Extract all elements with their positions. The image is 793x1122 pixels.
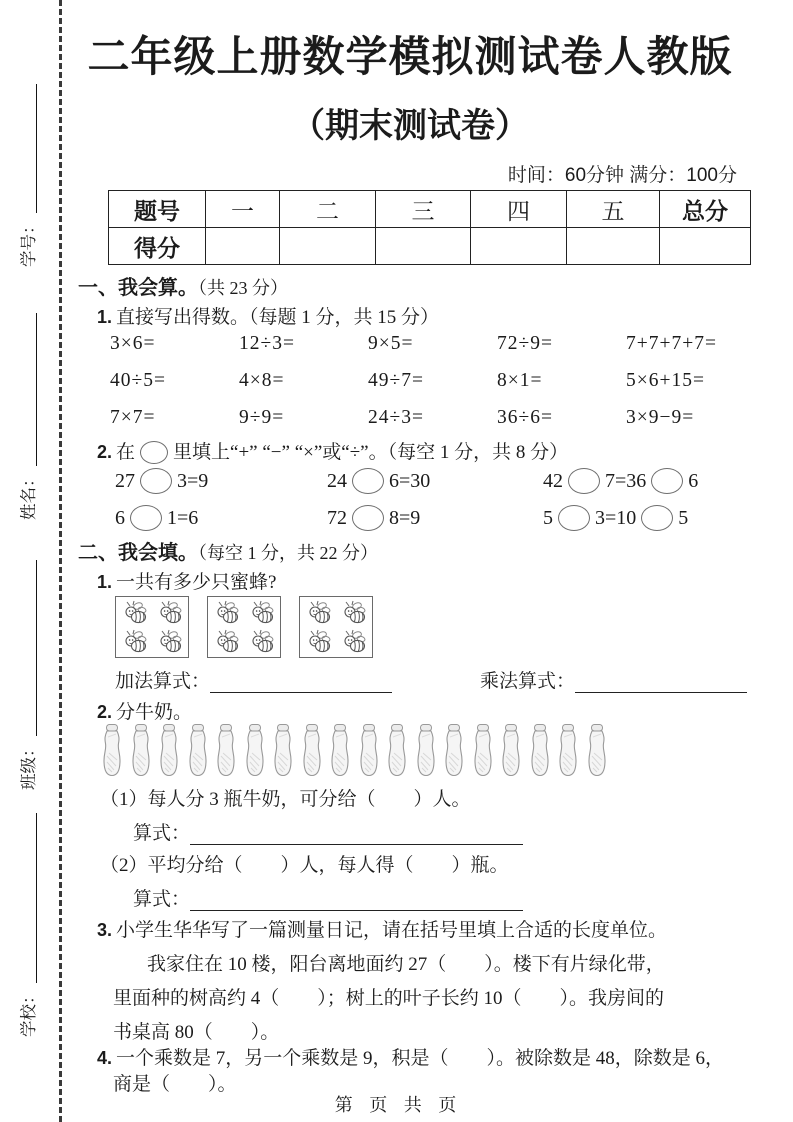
student-number-field: 学号： [16,84,40,267]
bee-icon [121,600,148,625]
question-2-4: 4.一个乘数是 7，另一个乘数是 9，积是（ ）。被除数是 48，除数是 6， [97,1043,724,1070]
operator-problem: 53=105 [543,505,747,531]
milk-bottle-icon [100,723,124,778]
question-text: 直接写出得数。 [116,307,249,328]
bee-icon [340,600,367,625]
question-1-2: 2.在里填上“+” “−” “×”或“÷”。（每空 1 分，共 8 分） [97,437,568,464]
operator-circle-blank [558,505,590,531]
question-text: 一共有多少只蜜蜂? [116,572,276,593]
score-table-cell: 二 [280,191,376,228]
milk-bottle-icon [357,723,381,778]
operator-problem: 61=6 [115,505,327,531]
milk-bottle-icon [300,723,324,778]
question-number: 4. [97,1048,112,1068]
score-table-cell: 得分 [109,228,206,265]
operator-problem: 273=9 [115,468,327,494]
bee-icon [248,629,275,654]
milk-bottle-icon [385,723,409,778]
formula-line-2: 算式： [133,884,523,911]
section2-heading-text: 二、我会填。 [78,542,198,564]
question-2-2: 2.分牛奶。 [97,697,192,724]
diary-line-3: 书桌高 80（ ）。 [113,1017,279,1044]
multiplication-formula-label: 乘法算式： [480,666,575,693]
addition-formula-blank [210,674,392,693]
milk-bottle-icon [442,723,466,778]
score-table-cell: 一 [206,191,280,228]
name-label: 姓名： [15,471,40,521]
operator-circle-blank [140,441,168,464]
calc-problem: 72÷9= [492,333,621,355]
operator-circle-blank [568,468,600,494]
bee-formula-row: 加法算式： 乘法算式： [115,666,747,693]
formula-label: 算式： [133,884,190,911]
calc-problem: 5×6+15= [621,370,750,392]
calc-problem: 40÷5= [105,370,234,392]
calc-problem: 49÷7= [363,370,492,392]
score-table-empty-cell [280,228,376,265]
score-table-cell: 四 [471,191,567,228]
milk-bottle-icon [186,723,210,778]
test-paper-page: 学号： 姓名： 班级： 学校： 二年级上册数学模拟测试卷人教版 （期末测试卷） … [0,0,793,1122]
section2-heading-note: （每空 1 分，共 22 分） [198,543,378,563]
milk-bottle-row [100,723,609,778]
operator-fill-grid: 273=9 246=30 427=366 61=6 728=9 53=105 [115,468,747,531]
calc-problem: 4×8= [234,370,363,392]
bee-box [299,596,373,658]
formula-line-1: 算式： [133,818,523,845]
question-note: （每题 1 分，共 15 分） [249,307,439,328]
diary-line-2: 里面种的树高约 4（ ）；树上的叶子长约 10（ ）。我房间的 [113,983,664,1010]
class-blank-line [36,560,37,737]
question-text: 在 [116,442,135,463]
score-table-header-row: 题号 一 二 三 四 五 总分 [109,191,751,228]
question-2-1: 1.一共有多少只蜜蜂? [97,567,276,594]
calc-problem: 7+7+7+7= [621,333,750,355]
bee-icon [213,600,240,625]
score-table-empty-cell [376,228,471,265]
operator-circle-blank [641,505,673,531]
operator-circle-blank [130,505,162,531]
section1-heading-note: （共 23 分） [198,278,288,298]
diary-line-1: 我家住在 10 楼，阳台离地面约 27（ ）。楼下有片绿化带， [147,949,665,976]
operator-circle-blank [651,468,683,494]
bee-box [207,596,281,658]
section1-heading-text: 一、我会算。 [78,277,198,299]
question-2-3: 3.小学生华华写了一篇测量日记，请在括号里填上合适的长度单位。 [97,915,667,942]
student-number-blank-line [36,84,37,214]
calc-problem: 36÷6= [492,407,621,429]
milk-bottle-icon [471,723,495,778]
addition-formula-label: 加法算式： [115,666,210,693]
score-table-empty-cell [660,228,751,265]
calc-problem: 24÷3= [363,407,492,429]
milk-bottle-icon [157,723,181,778]
score-table-cell: 三 [376,191,471,228]
school-field: 学校： [16,813,40,1037]
section1-heading: 一、我会算。（共 23 分） [78,271,288,300]
page-title: 二年级上册数学模拟测试卷人教版 [60,24,760,84]
question-number: 3. [97,920,112,940]
question-number: 2. [97,442,112,462]
bee-icon [248,600,275,625]
calc-problem: 7×7= [105,407,234,429]
question-number: 1. [97,572,112,592]
question-number: 2. [97,702,112,722]
bee-icon [213,629,240,654]
bee-icon [305,600,332,625]
bee-icon [121,629,148,654]
operator-circle-blank [352,468,384,494]
question-number: 1. [97,307,112,327]
milk-bottle-icon [328,723,352,778]
name-blank-line [36,313,37,467]
milk-bottle-icon [556,723,580,778]
score-table-empty-cell [567,228,660,265]
bee-icon [156,629,183,654]
bee-icon [340,629,367,654]
question-text: 小学生华华写了一篇测量日记，请在括号里填上合适的长度单位。 [116,920,667,941]
formula-blank-line [190,892,523,911]
question-text: 里填上“+” “−” “×”或“÷”。 [173,442,388,463]
formula-blank-line [190,826,523,845]
milk-bottle-icon [129,723,153,778]
score-table-cell: 总分 [660,191,751,228]
question-text: 一个乘数是 7，另一个乘数是 9，积是（ ）。被除数是 48，除数是 6， [116,1048,724,1069]
page-footer: 第 页 共 页 [60,1091,737,1117]
calc-problem: 9×5= [363,333,492,355]
class-field: 班级： [16,560,40,790]
score-table-empty-cell [471,228,567,265]
school-label: 学校： [15,988,40,1038]
calc-problem: 8×1= [492,370,621,392]
oral-calculation-grid: 3×6= 12÷3= 9×5= 72÷9= 7+7+7+7= 40÷5= 4×8… [105,333,750,429]
bee-box [115,596,189,658]
calc-problem: 3×9−9= [621,407,750,429]
calc-problem: 12÷3= [234,333,363,355]
question-1-1: 1.直接写出得数。（每题 1 分，共 15 分） [97,302,439,329]
bee-icon [156,600,183,625]
multiplication-formula-blank [575,674,747,693]
operator-circle-blank [352,505,384,531]
milk-bottle-icon [499,723,523,778]
student-number-label: 学号： [15,218,40,268]
operator-problem: 427=366 [543,468,747,494]
score-table-score-row: 得分 [109,228,751,265]
school-blank-line [36,813,37,984]
milk-bottle-icon [243,723,267,778]
name-field: 姓名： [16,313,40,520]
score-table: 题号 一 二 三 四 五 总分 得分 [108,190,751,265]
page-subtitle: （期末测试卷） [60,98,760,147]
milk-bottle-icon [414,723,438,778]
question-text: 分牛奶。 [116,702,192,723]
calc-problem: 9÷9= [234,407,363,429]
question-2-2-sub2: （2）平均分给（ ）人，每人得（ ）瓶。 [100,850,509,877]
milk-bottle-icon [585,723,609,778]
operator-circle-blank [140,468,172,494]
milk-bottle-icon [271,723,295,778]
operator-problem: 246=30 [327,468,543,494]
score-table-cell: 题号 [109,191,206,228]
bee-icon [305,629,332,654]
question-note: （每空 1 分，共 8 分） [388,442,569,463]
question-2-2-sub1: （1）每人分 3 瓶牛奶，可分给（ ）人。 [100,784,471,811]
score-table-empty-cell [206,228,280,265]
score-table-cell: 五 [567,191,660,228]
milk-bottle-icon [214,723,238,778]
class-label: 班级： [15,741,40,791]
formula-label: 算式： [133,818,190,845]
section2-heading: 二、我会填。（每空 1 分，共 22 分） [78,536,378,565]
time-score-info: 时间：60分钟 满分：100分 [60,160,737,187]
calc-problem: 3×6= [105,333,234,355]
milk-bottle-icon [528,723,552,778]
bee-boxes [115,596,373,658]
operator-problem: 728=9 [327,505,543,531]
